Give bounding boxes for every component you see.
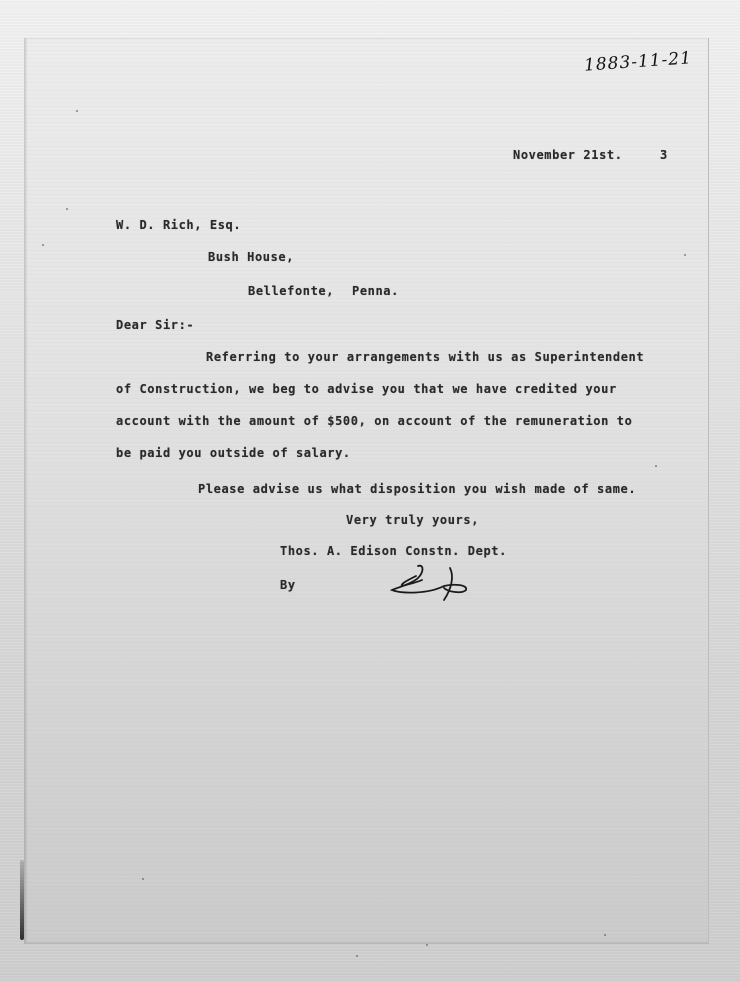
body-line-3: account with the amount of $500, on acco…	[116, 414, 632, 428]
letter-date: November 21st.	[513, 148, 623, 162]
recipient-address-line: Bush House,	[208, 250, 294, 264]
sender-name: Thos. A. Edison Constn. Dept.	[280, 544, 507, 558]
sheet-edge-shadow	[20, 860, 24, 940]
scan-speck	[604, 934, 606, 936]
by-label: By	[280, 578, 296, 592]
page-number: 3	[660, 148, 668, 162]
closing-paragraph: Please advise us what disposition you wi…	[198, 482, 636, 496]
body-line-1: Referring to your arrangements with us a…	[206, 350, 644, 364]
scan-speck	[42, 244, 44, 246]
scan-speck	[356, 955, 358, 957]
scan-speck	[76, 110, 78, 112]
signature-icon	[388, 562, 478, 602]
scan-speck	[66, 208, 68, 210]
recipient-name: W. D. Rich, Esq.	[116, 218, 241, 232]
salutation: Dear Sir:-	[116, 318, 194, 332]
body-line-4: be paid you outside of salary.	[116, 446, 351, 460]
recipient-city: Bellefonte,	[248, 284, 334, 298]
scan-speck	[142, 878, 144, 880]
scan-speck	[426, 944, 428, 946]
complimentary-close: Very truly yours,	[346, 513, 479, 527]
scan-speck	[684, 254, 686, 256]
recipient-state: Penna.	[352, 284, 399, 298]
body-line-2: of Construction, we beg to advise you th…	[116, 382, 617, 396]
scan-speck	[655, 465, 657, 467]
